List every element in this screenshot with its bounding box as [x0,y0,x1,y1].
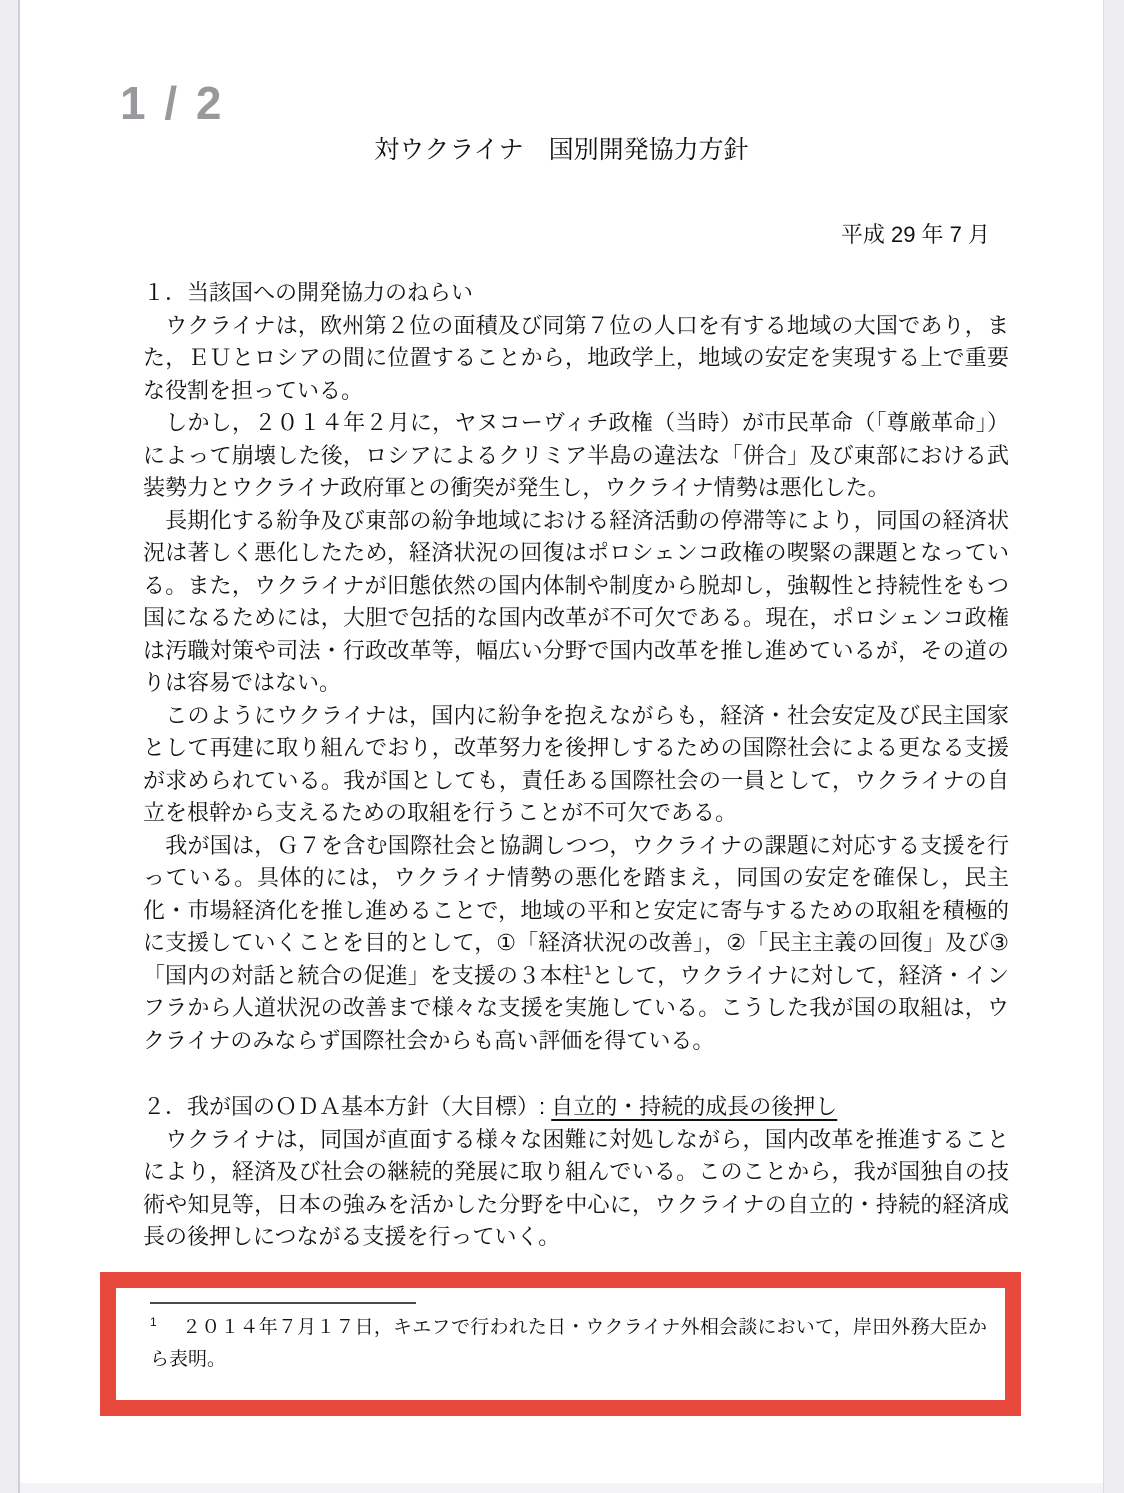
footnote-number: 1 [150,1315,157,1329]
section2-paragraph-1: ウクライナは，同国が直面する様々な困難に対処しながら，国内改革を推進することによ… [143,1124,1009,1254]
document-date: 平成 29 年 7 月 [841,218,990,249]
section2-heading-goal: 自立的・持続的成長の後押し [551,1094,837,1119]
viewer-right-edge [1103,0,1124,1493]
footnote: 1 ２０１４年７月１７日，キエフで行われた日・ウクライナ外相会談において，岸田外… [150,1312,987,1376]
section2-heading-prefix: ２．我が国のＯＤＡ基本方針（大目標）: [143,1094,551,1119]
document-title: 対ウクライナ 国別開発協力方針 [20,130,1103,166]
section2-heading: ２．我が国のＯＤＡ基本方針（大目標）: 自立的・持続的成長の後押し [143,1091,1009,1124]
section1-paragraph-1: ウクライナは，欧州第２位の面積及び同第７位の人口を有する地域の大国であり，また，… [143,310,1009,408]
page-indicator: 1 / 2 [120,76,225,130]
footnote-area: 1 ２０１４年７月１７日，キエフで行われた日・ウクライナ外相会談において，岸田外… [150,1302,987,1376]
section1-paragraph-2: しかし，２０１４年２月に，ヤヌコーヴィチ政権（当時）が市民革命（「尊厳革命」）に… [143,407,1009,505]
section1-heading: １．当該国への開発協力のねらい [143,277,1009,310]
viewer-bottom-edge [20,1483,1103,1493]
section1-paragraph-5: 我が国は，Ｇ７を含む国際社会と協調しつつ，ウクライナの課題に対応する支援を行って… [143,830,1009,1058]
document-body: １．当該国への開発協力のねらい ウクライナは，欧州第２位の面積及び同第７位の人口… [143,277,1009,1254]
footnote-separator-line [150,1302,416,1304]
footnote-highlight-box: 1 ２０１４年７月１７日，キエフで行われた日・ウクライナ外相会談において，岸田外… [100,1272,1021,1416]
document-page: 1 / 2 対ウクライナ 国別開発協力方針 平成 29 年 7 月 １．当該国へ… [0,0,1124,1493]
section1-paragraph-3: 長期化する紛争及び東部の紛争地域における経済活動の停滞等により，同国の経済状況は… [143,505,1009,700]
section1-paragraph-4: このようにウクライナは，国内に紛争を抱えながらも，経済・社会安定及び民主国家とし… [143,700,1009,830]
viewer-left-edge [0,0,20,1493]
footnote-text: ２０１４年７月１７日，キエフで行われた日・ウクライナ外相会談において，岸田外務大… [150,1317,987,1370]
